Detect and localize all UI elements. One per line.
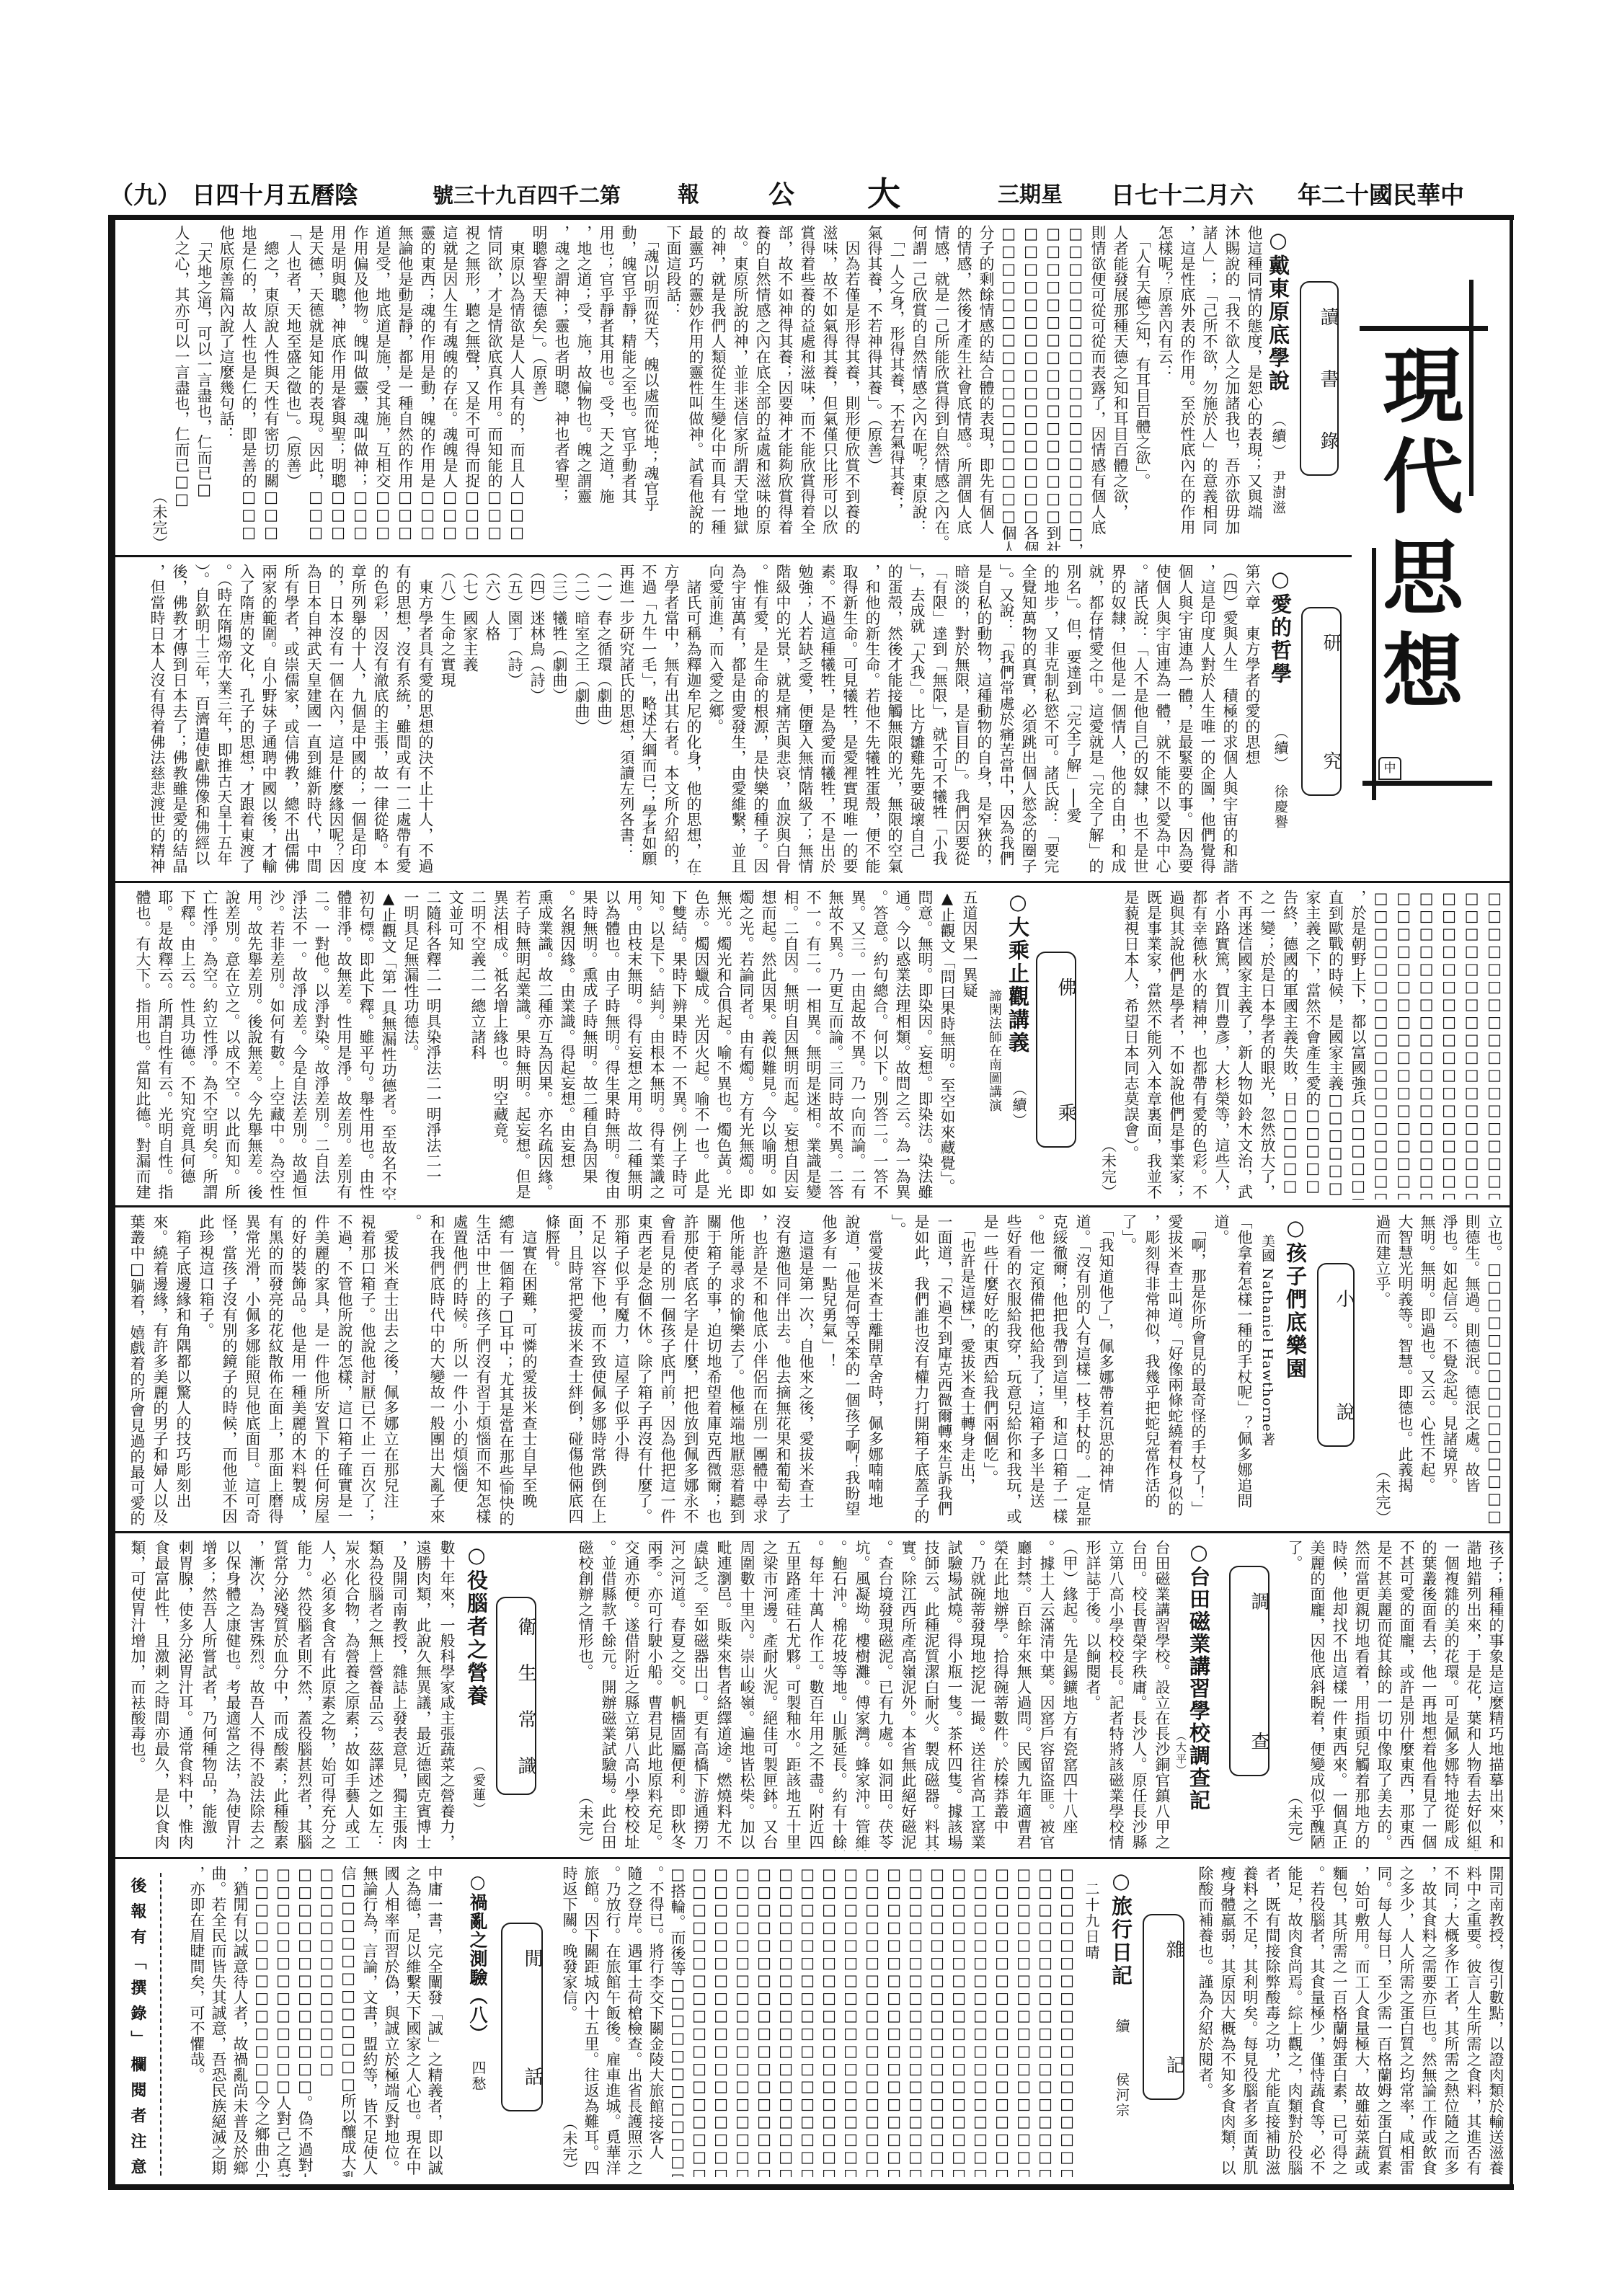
text-column: ，亦即在眉睫間矣，可不懼哉。 (186, 1866, 208, 2177)
text-column: 東方學者具有愛的思想的決不止十人，不過 (414, 564, 436, 875)
text-column: 說道，「他是何等呆笨的一個孩子啊！我盼望 (841, 1214, 864, 1525)
text-column: 。惟有愛，是生命的根源，是快樂的種子。因 (749, 564, 771, 875)
column-end-note: （未完） (1283, 1789, 1306, 1851)
text-column: 他底原善篇內說了這麼幾句話： (215, 225, 237, 551)
section-label-text: 雜記 (1144, 1940, 1183, 2074)
section-label-text: 調查 (1231, 1592, 1268, 1750)
text-column: □□□□□□□□□□□□□□□□□□□□ (1034, 1866, 1056, 2177)
continued-mark: （續） (1271, 724, 1290, 772)
text-column: 通。今以惑業法理相類。故問之云。為一為異 (891, 890, 913, 1200)
section-label-text: 小說 (1319, 1289, 1353, 1421)
text-column: □□□□□□□□□□□□□□□□□□，就 (1064, 225, 1086, 551)
text-column: 暗淡的，對於無限，是盲目的」。我們因要從 (950, 564, 972, 875)
section-label-reading-notes: 讀書錄 (1300, 281, 1339, 476)
text-column: □□□□□□□□□□□□□□□□□□□□ (840, 1866, 861, 2177)
text-column: 直到歐戰的時候，是國家主義□□□□□□ (1324, 890, 1347, 1200)
article-body: 第六章 東方學者的愛的思想（四）愛與人生 積極的求個人與宇宙的和諧，這是印度人對… (146, 564, 1263, 875)
text-column: □□□□□□□□□□□□□□□□□□□□ (970, 1866, 991, 2177)
supplement-title-char: 現 (1383, 345, 1463, 430)
text-column: 。他一定預備把他給我了；這箱子多半是送 (1025, 1214, 1048, 1525)
article-title: ○禍亂之測驗（八） (466, 1871, 488, 2043)
lunar-date: 陰曆五月十四日 (192, 181, 358, 210)
text-column: （未完） (1096, 890, 1120, 1200)
text-column: 能力。然役腦者則不然，蓋役腦甚烈者，其腦 (292, 1540, 316, 1851)
text-column: 下面這段話： (662, 225, 684, 551)
text-column: 部，故不如神得其養；因要神才能夠欣賞得着 (774, 225, 796, 551)
issue-number: 第二千四百九十三號 (433, 181, 621, 210)
text-column: 想而起。然此因果。義似難見。今以喻明。如 (757, 890, 779, 1200)
text-column: □□□□□□□□□□□□□□□□□□□□ (991, 1866, 1013, 2177)
text-column: 二隨科各釋二一明具染淨法二一明淨法二一 (422, 890, 444, 1200)
text-column: 。答意。約句總合。何以下。別答二。一答不 (869, 890, 891, 1200)
text-column: ，始可敷用。而工人食量極大，故雖茹菜蔬或 (1350, 1866, 1373, 2177)
text-column: 不同；大概多作工者，其所需之熱位隨之而多 (1440, 1866, 1462, 2177)
text-column: 之梁市河邊。產耐火泥。絕佳可製匣鉢。又台田 (758, 1540, 781, 1851)
text-column: 以為體也。由子時無明。得生果時無明。復由 (601, 890, 623, 1200)
text-column: 知。以是下。結判。由根本無明。得有業識之 (645, 890, 668, 1200)
title-ornament-line (1362, 781, 1492, 786)
text-column: 試驗場試燒。得小瓶一隻。茶杯四隻。據該場 (943, 1540, 966, 1851)
text-column: （八）生命之實現 (436, 564, 458, 875)
text-column: （四）迷林鳥（詩） (526, 564, 548, 875)
text-column: □□□□□□□□□□□□□□□□□□□□ (948, 1866, 970, 2177)
text-column: 除酸而補養也。謹為介紹於閱者。 (1194, 1866, 1216, 2177)
text-column: 不足以容下他，而不致使佩多娜時常跌倒在上 (587, 1214, 610, 1525)
article-body: 數十年來，一般科學家咸主張蔬菜之營養力，遠勝肉類，此說久無異議，最近德國克賓博士… (125, 1540, 458, 1851)
text-column: 無光。燭光和合俱起。喻不異也。燭色黃。光 (712, 890, 735, 1200)
text-column: 不再迷信國家主義了，新人物如鈴木文治，武 (1233, 890, 1256, 1200)
text-column: （七）國家主義 (458, 564, 481, 875)
column-end-note: （未完） (1096, 1138, 1120, 1200)
text-column: （甲）緣起。先是錫鑛地方有瓷窰四十八座 (1058, 1540, 1081, 1851)
text-column: 兩家的範圍。自小野妹子通聘中國以後，才輸 (257, 564, 280, 875)
text-column: □□□□□□□□□□□□□□□□□□□□ (1369, 890, 1392, 1200)
text-column: 色赤。燭因蠟成。光因火起。喻不一也。此是 (690, 890, 712, 1200)
text-column: □□□□□□□□□□□□□□□□□□□□ (1437, 890, 1461, 1200)
text-column: □□□□□□□□□□□□□□□□□□□□ (1013, 1866, 1034, 2177)
text-column: 滋味，故不如氣得其養，但氣僅只比形可以欣 (818, 225, 841, 551)
text-column: 。名親因緣。由業識。得起妄想。由妄想 (556, 890, 578, 1200)
text-column: 美麗的面龐，因他底斜睨着，便變成似乎醜陋 (1306, 1540, 1328, 1851)
text-column: 用也；官乎靜者其用也。受，天之道，施 (595, 225, 617, 551)
text-column: 既是事業家，當然不能列入本章裏面，我並不 (1142, 890, 1165, 1200)
section-label-hygiene: 衛生常識 (496, 1597, 536, 1795)
text-column: 用是明與聰，神底作用是睿與聖；明聰□□□ (327, 225, 349, 551)
article-body: 「他拿着怎樣一種的手杖呢」？佩多娜追問道。 「啊，那是你所會見的最奇怪的手杖了！… (125, 1214, 1256, 1525)
article-author: （愛蓮） (469, 1759, 487, 1817)
text-column: 情同欲，才是情欲底真作用。而知能的□□□ (483, 225, 505, 551)
text-column: 的情感，然後才產生社會底情感。所謂個人底 (952, 225, 975, 551)
continued-mark: 續 (1112, 2018, 1131, 2034)
text-column: 的好的裝飾品。他是用一種美麗的木料製成， (287, 1214, 310, 1525)
text-column: 別名」。但，要達到「完全了解」──愛 (1062, 564, 1084, 875)
article-body: 五道因果一異疑▲止觀文「問曰果時無明。至空如來藏覺」。問意。無明。即染因。妄想。… (131, 890, 980, 1200)
text-column: 所有學者，或崇儒家，或信佛教，總不出儒佛 (280, 564, 302, 875)
text-column: 他多有一點兒勇氣」！ (817, 1214, 841, 1525)
text-column: 為日本自神武天皇建國一直到維新時代，中間 (302, 564, 324, 875)
text-column: 炭水化合物，為營養之原素；故如手藝人或工 (340, 1540, 363, 1851)
text-column: 周圍數十里內。崇山峻嶺。遍地皆松柴。加以 (735, 1540, 758, 1851)
text-column: 不過，不管他所說的怎樣，這口箱子確實是一 (333, 1214, 356, 1525)
text-column: 無故不異。乃更互而論。三同時故不異。二答 (824, 890, 846, 1200)
text-column: 五道因果一異疑 (958, 890, 980, 1200)
text-column: □□□□□□□□□□□□ (316, 1866, 337, 2177)
text-column: 一面道，「不過不到庫克西微爾轉來告訴我們 (933, 1214, 956, 1525)
text-column: 有的思想，沒有系統，雖間或有一二處帶有愛 (391, 564, 414, 875)
paper-name-char-1: 大 (867, 176, 900, 212)
text-column: 第六章 東方學者的愛的思想 (1241, 564, 1263, 875)
text-column: 下雙結。果時下辨果時不一不異。例上子時可 (668, 890, 690, 1200)
text-column: 何謂一己欣賞的自然情感之內在呢？東原說： (908, 225, 930, 551)
text-column: 形詳誌于後。以餉閱者。 (1081, 1540, 1104, 1851)
text-column: 道。「沒有別的人有這樣一枝手杖的。一定是那 (1071, 1214, 1094, 1525)
text-column: 會看見的別一個孩子底門前，因為他把這一件 (656, 1214, 679, 1525)
text-column: □□□□□□□□□□□□□。偽不過對人 (294, 1866, 316, 2177)
text-column: 不過「九牛一毛」，略述大綱而已；學者如願 (637, 564, 660, 875)
text-column: 諸人」；「己所不欲，勿施於人」的意義相同 (1198, 225, 1220, 551)
text-column: ，這是印度人對於人生唯一的企圖，他們覺得 (1196, 564, 1218, 875)
text-column: 家主義之下，當然不會產生愛的□□□□□ (1301, 890, 1324, 1200)
text-column: （一）春之循環（劇曲） (593, 564, 615, 875)
text-column: 五里路產硅石尤夥。可製釉水。距該地五十里 (781, 1540, 805, 1851)
text-column: 界的奴隸，但他是一個情人，他的自由，和成 (1107, 564, 1129, 875)
text-column: ，和他的新生命。若他不先犧牲蛋殼，便不能 (861, 564, 883, 875)
text-column: 以保身體之康健也。考最適當之法，為使胃汁 (221, 1540, 244, 1851)
text-column: 過而建立乎。（未完） (1371, 1214, 1393, 1525)
text-column: 不一。有二。一相異。無明是迷相。業識是變 (802, 890, 824, 1200)
text-column: 東原以為情欲是人人具有的，而且人□□□ (505, 225, 528, 551)
text-column: 。若役腦者，其食量極少，僅恃蔬食等，必不 (1306, 1866, 1328, 2177)
text-column: □□□□□□□□□□□□□□□□□個人 (997, 225, 1019, 551)
text-column: 靈的東西；魂的作用是動，魄的作用是□□□ (416, 225, 438, 551)
section-label-text: 佛乘 (1037, 978, 1075, 1122)
text-column: ，猶閒有以誠意待人者，故禍亂尚未普及於鄉 (229, 1866, 251, 2177)
article-body: 他這種同情的態度，是恕心的表現；又與端沐賜說的「我不欲人之加諸我也，吾亦欲毋加諸… (148, 225, 1265, 551)
text-column: 地是仁的，故人性也是仁的，即是善的□□□ (237, 225, 260, 551)
article-author: 尹澍滋 (1269, 470, 1288, 515)
text-column: □□□□□□□□□□□□□□□□□各個 (1019, 225, 1042, 551)
text-column: 文並可知 (444, 890, 466, 1200)
text-column: 方學者當中，無有出其右者。本文所介紹的， (660, 564, 682, 875)
article-body-continued: 立也。□□□□□□□□□□□□□□□□□則德生。無過。則德泯。德泯之處。故皆淨也… (1371, 1214, 1505, 1525)
text-column: 異常光滑，小佩多娜能照見他底面目。這可奇 (241, 1214, 264, 1525)
title-ornament-line (1372, 548, 1376, 800)
column-text: 磁校創辦之情形也。 (574, 1540, 597, 1680)
diary-entry-date: 二十九日晴 (1082, 1881, 1101, 1961)
text-column: ，但當時日本人沒有得着佛法慈悲渡世的精神 (146, 564, 168, 875)
article-title: ○台田磁業講習學校調查記 (1187, 1540, 1210, 1812)
article-title: ○大乘止觀講義 (1006, 890, 1029, 1055)
text-column: 一個複雜的美的花環。可是佩多娜特地從彫成 (1440, 1540, 1462, 1851)
text-column: 的，日本沒有一個在內，這是什麼緣因呢？因 (324, 564, 347, 875)
text-column: 東西老是念個不休。除了箱子再沒有什麼了。 (633, 1214, 656, 1525)
band-divider (115, 555, 1352, 557)
text-column: □□□□□□□□□□□□□□□□□到社 (1042, 225, 1064, 551)
text-column: 無論行為，言論，文書，盟約等，皆不足使人 (359, 1866, 381, 2177)
text-column: □□□□□□□□□□□□□□□□□□□□ (753, 1866, 775, 2177)
text-column: 淨法不一。故淨成差。今是自法差別。故過恒 (288, 890, 310, 1200)
text-column: 立第八高小學校校長。記者特將該磁業學校情 (1104, 1540, 1127, 1851)
text-column: 當愛拔米查士離開草舍時，佩多娜喃喃地 (864, 1214, 887, 1525)
band-divider (115, 881, 1510, 883)
text-column: 之一變；於是日本學者的眼光，忽然放大了， (1256, 890, 1279, 1200)
text-column: 之為德，足以維繫天下國家之人心也。現在中 (402, 1866, 424, 2177)
text-column: 些好看的衣服給我穿，玩意兒給你和我玩，或 (1002, 1214, 1025, 1525)
republic-year: 中華民國十二年 (1298, 181, 1464, 210)
text-column: 交通亦便。遂借附近之縣立第八高小學校校址 (620, 1540, 643, 1851)
text-column: 料中之重要。彼言人生所需之食料，其進否有 (1462, 1866, 1484, 2177)
text-column: 食最富此性，且激刺之時間亦最久，是以食肉 (149, 1540, 173, 1851)
text-column: □□□□□□□□□□□□□□□□□□□□ (1392, 890, 1415, 1200)
text-column: 素。不過這種犧牲，是為愛而犧牲，不是出於 (816, 564, 838, 875)
text-column: 下釋。由上云。性具功德。不知究竟具何德 (176, 890, 198, 1200)
text-column: 總之，東原說人性與天性有密切的關□□□ (260, 225, 282, 551)
text-column: 入了隋唐的文化，孔子的思想，才跟着東渡了 (235, 564, 257, 875)
text-column: 增多；然吾人所嘗試者，乃何種物品，能激 (197, 1540, 221, 1851)
text-column: 時返下關。晚發家信。（未完） (559, 1866, 580, 2177)
seal-icon: 中 (1378, 757, 1401, 780)
text-column: 情感，就是一己所能欣賞得到自然情感之內在。 (930, 225, 952, 551)
text-column: 則情欲便可從可從而表露了，因情感有個人底 (1086, 225, 1109, 551)
text-column: 「一人之身，形得其養，不若氣得其養； (885, 225, 908, 551)
text-column: 用。故先舉差別。後說無差。今先舉無差。後 (243, 890, 265, 1200)
text-column: 。查台境發現磁泥。已有九處。如洞田。茯苓 (874, 1540, 897, 1851)
section-label-text: 研究 (1303, 633, 1340, 770)
text-column: 麵包，其所需之一百格蘭姆蛋白素，已可得之 (1328, 1866, 1350, 2177)
text-column: 愛拔米查士出去之後，佩多娜立在那兒注 (379, 1214, 402, 1525)
text-column: 同。每人每日，至少需一百格蘭姆之蛋白質素 (1373, 1866, 1395, 2177)
text-column: 為宇宙萬有，都是由愛發生，由愛維繫，並且 (727, 564, 749, 875)
text-column: 淨也。如起信云。不覺念起。見諸境界。 (1438, 1214, 1461, 1525)
text-column: ，這是性底外表的作用。至於性底內在的作用 (1176, 225, 1198, 551)
text-column: 賞得着些養的益處和滋味，而不能欣賞得着全 (796, 225, 818, 551)
text-column: 了」。 (1117, 1214, 1140, 1525)
paper-name-char-3: 報 (678, 181, 699, 210)
text-column: 道。 (1210, 1214, 1233, 1525)
text-column: 養料之不足，其利明矣。每見役腦者多面黃肌 (1238, 1866, 1261, 2177)
text-column: 。諸氏說：「人不是他自己的奴隸，也不是世 (1129, 564, 1151, 875)
paper-name-char-2: 公 (768, 181, 794, 210)
text-column: 總有一個箱子□耳中；尤其是當在那些愉快的 (495, 1214, 518, 1525)
text-column: 虞缺乏。至如磁器出口。更有高橋下游通撈刀 (689, 1540, 712, 1851)
text-column: 」。 (887, 1214, 910, 1525)
text-column: 面，且時常把愛拔米查士絆倒，碰傷他倆底四 (564, 1214, 587, 1525)
text-column: 這就是因人生有魂魄的存在。魂魄是人□□□ (438, 225, 461, 551)
text-column: ，彫刻得非常神似，我幾乎把蛇兒當作活的 (1140, 1214, 1164, 1525)
text-column: □□□□□□□□□□□□□□□□□□□□ (775, 1866, 797, 2177)
text-column: 。乃就碗蒂發現地挖泥一撮。送往省高工窰業 (966, 1540, 989, 1851)
text-column: 這還是第一次，自他來之後，愛拔米查士 (794, 1214, 817, 1525)
article-author: 四愁 (469, 2060, 487, 2092)
text-column: 是一些什麼好吃的東西給我們兩個吃」。 (979, 1214, 1002, 1525)
text-column: 因為若僅是形得其養，則形便欣賞不到養的 (841, 225, 863, 551)
text-column: 視着那口箱子。他說他討厭已不止一百次了； (356, 1214, 379, 1525)
text-column: 最靈巧的靈妙作用的靈性叫做神。試看他說的 (684, 225, 706, 551)
text-column: 「人也者，天地至盛之徵也」。（原善） (282, 225, 304, 551)
text-column: 「天地之道，可以一言盡也，仁而已□ (192, 225, 215, 551)
section-label-text: 讀書錄 (1301, 307, 1337, 450)
text-column: （六）人格 (481, 564, 503, 875)
text-column: 沐賜說的「我不欲人之加諸我也，吾亦欲毋加 (1220, 225, 1243, 551)
text-column: 不甚可愛的面龐，或許是別什麼東西，那東西 (1395, 1540, 1417, 1851)
text-column: 二明不空義二一總立諸科 (466, 890, 489, 1200)
text-column: 他所能尋求的愉樂去了。他極端地厭惡着聽到 (725, 1214, 748, 1525)
text-column: ，魂之謂神；靈也者明聰，神也者睿聖； (550, 225, 572, 551)
text-column: ）。自欽明十三年，百濟遣使獻佛像和佛經以 (190, 564, 213, 875)
text-column: 養的自然情感之內在底全部的益處和滋味的原 (751, 225, 774, 551)
column-end-note: （未完） (574, 1789, 597, 1851)
text-column: 再進一步研究諸氏的思想，須讀左列各書： (615, 564, 637, 875)
text-column: 關于箱子的事，迫切地希望着庫克西微爾；也 (702, 1214, 725, 1525)
text-column: 」，去成就「大我」。比方雛雞先要破壞自己 (905, 564, 928, 875)
text-column: 取得新生命。可見犧牲，是愛裡實現唯一的要 (838, 564, 861, 875)
supplement-title-char: 思 (1383, 536, 1463, 621)
section-label-survey: 調查 (1229, 1566, 1269, 1776)
text-column: 後，佛教才傳到日本去了；佛教雖是愛的結晶 (168, 564, 190, 875)
text-column: 毗連瀏邑。販柴來售者絡繹道途。燃燒料尤不 (712, 1540, 735, 1851)
text-column: （三）犧牲（劇曲） (548, 564, 570, 875)
newspaper-page: （九） 陰曆五月十四日 第二千四百九十三號 報 公 大 星期三 六月二十七日 中… (0, 0, 1622, 2296)
text-column: 的色彩，因沒有澈底的主張，故一律從略。本 (369, 564, 391, 875)
text-column: □搭輪。而後等□□□□□□□□□□□□□ (667, 1866, 688, 2177)
article-body: 台田磁業講習學校。設立在長沙銅官鎮八甲之台田。校長曹榮字秩庸。長沙人。原任長沙縣… (574, 1540, 1174, 1851)
text-column: 使個人與宇宙連為一體，就不能不以愛為中心 (1151, 564, 1174, 875)
text-column: 信□□□□□□□□□□□□所以釀成大亂 (337, 1866, 359, 2177)
text-column: 克綏徹爾；他把我帶到這里，和這口箱子一樣 (1048, 1214, 1071, 1525)
article-title: ○孩子們底樂園 (1284, 1215, 1307, 1380)
text-column: 刺胃腺，使多分泌胃汁耳。通常食料中，惟肉 (173, 1540, 197, 1851)
article-title: ○戴東原底學說 (1267, 228, 1290, 393)
text-column: 都有幸德秋水的精神，也都帶有愛的色彩。不 (1187, 890, 1210, 1200)
text-column: 孩子；種種的事象是這麼精巧地描摹出來，和 (1484, 1540, 1507, 1851)
text-column: 「有限」達到「無限」，就不可不犧牲「小我 (928, 564, 950, 875)
text-column: 異法相成。祗名增上緣也。明空藏竟。 (489, 890, 511, 1200)
text-column: 的蛋殼，然後才能接觸無限的光，無限的空氣 (883, 564, 905, 875)
title-ornament-line (1469, 280, 1473, 496)
text-column: 「也許是這樣」，愛拔米查士轉身走出， (956, 1214, 979, 1525)
text-column: 過與其說他們是學者，不如說他們是事業家； (1165, 890, 1188, 1200)
text-column: 技師云。此種泥質潔白耐火。製成磁器。料其結 (920, 1540, 943, 1851)
text-column: 無論他是動是靜，都是一種自然的作用□□□ (394, 225, 416, 551)
text-column: 和在我們底時代中的大變故一般團出大亂子來 (425, 1214, 448, 1525)
text-column: 「魂以明而從天，魄以處而從地；魂官乎 (639, 225, 662, 551)
text-column: □□□□□□□□□□□□□□□□□□□□ (688, 1866, 710, 2177)
column-text: 了。 (1283, 1540, 1306, 1571)
text-column: 磁校創辦之情形也。（未完） (574, 1540, 597, 1851)
supplement-title-char: 代 (1383, 435, 1463, 520)
text-column: 國人相率而習於偽，與誠立於極端反對地位。 (381, 1866, 402, 2177)
text-column: 人，必須多食含有此原素之物，始可得充分之 (316, 1540, 340, 1851)
text-column: ，於是朝野上下，都以富國強兵□□□□□□ (1347, 890, 1370, 1200)
text-column: 諧地錯列出來，于是花，葉和人物看去好似組成 (1462, 1540, 1484, 1851)
supplement-title-char: 想 (1383, 630, 1463, 715)
text-column: □□□□□□□□□□□□□□□□□□□□ (1056, 1866, 1078, 2177)
band-divider (115, 1857, 1510, 1859)
text-column: 廳封禁。百餘年來無人過問。民國九年適曹君 (1012, 1540, 1035, 1851)
frame-top-rule (108, 215, 1514, 220)
text-column: 來。繞着邊緣，有許多美麗的男子和婦人以及花 (149, 1214, 172, 1525)
column-text: 過而建立乎。 (1371, 1214, 1393, 1307)
text-column: 是天德，天德就是知能的表現。因此，□□□ (304, 225, 327, 551)
band-divider (115, 1205, 1510, 1207)
text-column: 的葉叢後面看去，他一再地想着他看見了一個 (1417, 1540, 1440, 1851)
text-column: 就，都存情愛之中。這愛就是「完全了解」的 (1084, 564, 1107, 875)
dashed-divider (160, 1873, 161, 2176)
article-author: （大平） (1174, 1730, 1187, 1776)
text-column: 是不甚美麗而從其餘的一切中像取了美去的。 (1373, 1540, 1395, 1851)
text-column: 的地步，又非克制私慾不可。諸氏說：「要完 (1040, 564, 1062, 875)
text-column: 分子的剩餘情感的結合體的表現，即先有個人 (975, 225, 997, 551)
text-column: 耶。是故釋云。所謂自性有云。光明自性。指 (154, 890, 176, 1200)
text-column: ，漸次，為害殊烈。故吾人不得不設法除去之， (244, 1540, 268, 1851)
text-column: 箱子底邊緣和角隅都以驚人的技巧彫刻出 (172, 1214, 195, 1525)
text-column: 大智慧光明義等。智慧。即德也。此義揭 (1393, 1214, 1416, 1525)
text-column: 故。東原所說的神，並非迷信家所謂天堂地獄 (729, 225, 751, 551)
text-column: 處置他們的時候。所以一件小小的煩惱便 (448, 1214, 471, 1525)
reader-notice: 後報有「撰錄」欄閱者注意 (125, 1873, 147, 2178)
text-column: 兩季。亦可行駛小船。曹君見此地原料充足。 (643, 1540, 666, 1851)
frame-bottom-rule (108, 2184, 1514, 2190)
text-column: 。（時在隋煬帝大業三年，即推古天皇十五年 (213, 564, 235, 875)
text-column: 動，魄官乎靜，精能之至也。官乎動者其 (617, 225, 639, 551)
text-column: 他這種同情的態度，是恕心的表現；又與端 (1243, 225, 1265, 551)
text-column: 」。又說：「我們常處於痛苦當中，因為我們 (995, 564, 1017, 875)
text-column: 熏成業識。故二種亦互為因果。亦名疏因緣。 (533, 890, 556, 1200)
text-column: □□□□□□□□□□□□□□□□□□□□ (732, 1866, 753, 2177)
text-column: □□□□□□□□□□□□□今之鄉曲小民 (251, 1866, 272, 2177)
text-column: 曲。若全民而皆失其誠意，吾恐民族絕滅之期 (208, 1866, 229, 2177)
text-column: 「啊，那是你所會見的最奇怪的手杖了！」 (1187, 1214, 1210, 1525)
text-column: 類，可使胃汁增加，而袪酸毒也。 (125, 1540, 149, 1851)
text-column: 立也。□□□□□□□□□□□□□□□□□ (1483, 1214, 1505, 1525)
text-column: ，及開司南教授，雜誌上發表意見，獨主張肉 (387, 1540, 411, 1851)
article-author: 徐慶譽 (1271, 784, 1290, 830)
text-column: 說差別。意在立之。以成不空。以此而知。所謂約 (221, 890, 243, 1200)
text-column: （二）暗室之王（劇曲） (570, 564, 593, 875)
text-column: 勉強；人若缺乏愛，便墮入無情階級了；無情 (794, 564, 816, 875)
text-column: 階級中的光景，就是痛苦與悲哀，血淚與白骨 (771, 564, 794, 875)
text-column: 許那使者底名字是什麼，把他放到佩多娜永不 (679, 1214, 702, 1525)
text-column: 「我知道他了」，佩多娜帶着沉思的神情 (1094, 1214, 1117, 1525)
text-column: 怪，當孩子沒有別的鏡子的時候，而他並不因 (218, 1214, 241, 1525)
solar-date: 六月二十七日 (1111, 181, 1254, 210)
text-column: 隨之登岸。遇軍士荷槍檢查。出省長護照示之 (624, 1866, 645, 2177)
text-column: 榮在此地辦學。拾得碗蒂數件。於榛莽叢中 (989, 1540, 1012, 1851)
text-column: 開司南教授，復引數點，以證肉類於輸送滋養 (1484, 1866, 1507, 2177)
text-column: 二。一對他。以淨對染。故淨差別。二自法 (310, 890, 332, 1200)
text-column: □□□□□□□□□□□□□□□□□□□□ (861, 1866, 883, 2177)
text-column: 中庸一書，完全闡發「誠」之精義者，即以誠 (424, 1866, 446, 2177)
text-column: 實。除江西所產高嶺泥外。本省無此絕好磁泥 (897, 1540, 920, 1851)
text-column: 沒有邀他同伴出去。他去摘無花果和葡萄去了 (771, 1214, 794, 1525)
text-column: 諸氏可稱為釋迦牟尼的化身，他的思想，在東 (682, 564, 704, 875)
continued-mark: （續） (1009, 1081, 1028, 1129)
column-end-note: （未完） (1371, 1463, 1393, 1525)
text-column: （五）園丁（詩） (503, 564, 526, 875)
text-column: □□□□□□□□□□□□□□□□□□□□ (905, 1866, 926, 2177)
text-column: 生活中世上的孩子們沒有習于煩惱而不知怎樣 (471, 1214, 495, 1525)
text-column: □□□□□□□□□□□□□人對己之真者 (272, 1866, 294, 2177)
text-column: 。鮑石沖。棉花坡等地。山脈延長。約有十餘里 (828, 1540, 851, 1851)
article-body: 中庸一書，完全闡發「誠」之精義者，即以誠之為德，足以維繫天下國家之人心也。現在中… (186, 1866, 446, 2177)
text-column: □□□□□□□□□□□□□□□□□□□□ (818, 1866, 840, 2177)
text-column: 沙。若非差別。如何有數。上空藏中。為空性 (265, 890, 288, 1200)
text-column: 質常分泌殘質於血分中，而成酸素；此種酸素 (268, 1540, 292, 1851)
text-column: 此珍視這口箱子。 (195, 1214, 218, 1525)
text-column: 相。二自因。無明自因無明而起。妄想自因妄 (779, 890, 802, 1200)
weekday: 星期三 (998, 181, 1063, 210)
continued-mark: （續） (1269, 412, 1288, 460)
